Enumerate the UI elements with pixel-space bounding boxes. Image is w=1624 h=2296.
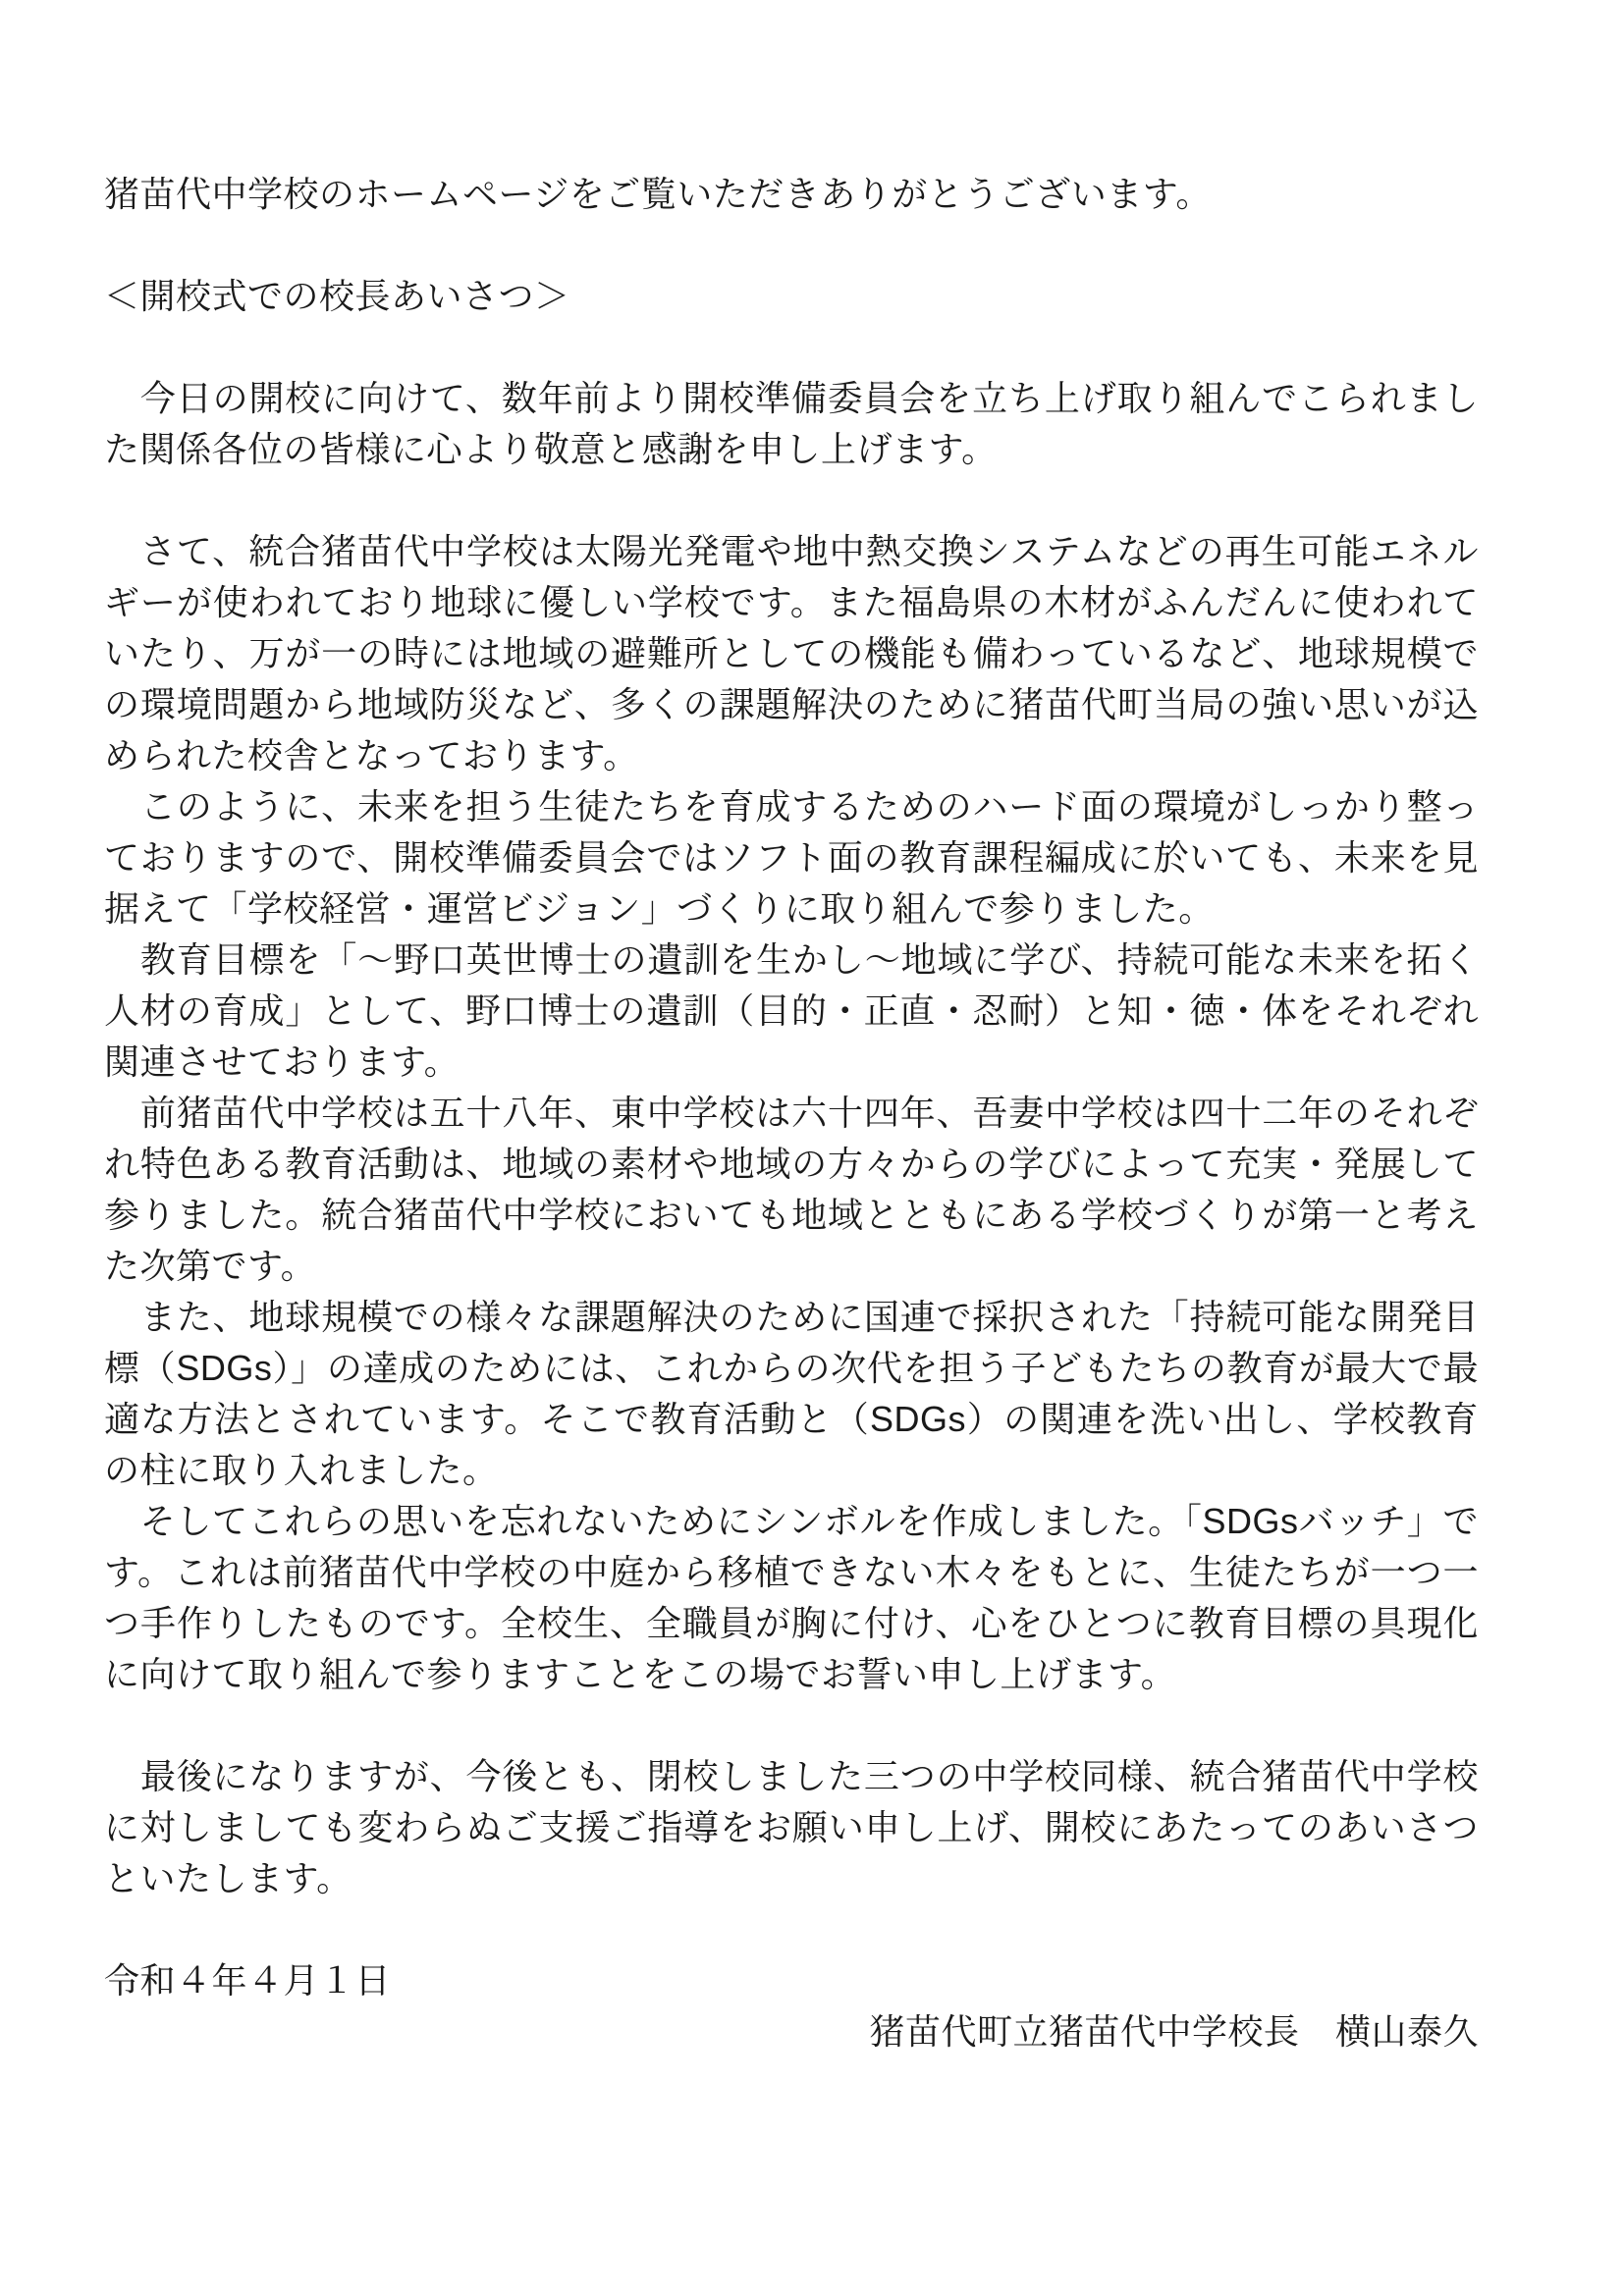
body-paragraph: 教育目標を「～野口英世博士の遺訓を生かし～地域に学び、持続可能な未来を拓く人材の… xyxy=(104,934,1479,1088)
body-paragraph: 前猪苗代中学校は五十八年、東中学校は六十四年、吾妻中学校は四十二年のそれぞれ特色… xyxy=(104,1088,1479,1292)
body-paragraph: また、地球規模での様々な課題解決のために国連で採択された「持続可能な開発目標（S… xyxy=(104,1292,1479,1496)
closing-paragraph: 最後になりますが、今後とも、閉校しました三つの中学校同様、統合猪苗代中学校に対し… xyxy=(104,1751,1479,1904)
body-paragraph: そしてこれらの思いを忘れないためにシンボルを作成しました。「SDGsバッチ」です… xyxy=(104,1496,1479,1700)
greeting-line: 猪苗代中学校のホームページをご覧いただきありがとうございます。 xyxy=(104,169,1479,220)
section-title: ＜開校式での校長あいさつ＞ xyxy=(104,271,1479,322)
date-line: 令和４年４月１日 xyxy=(104,1955,1479,2006)
document-page: 猪苗代中学校のホームページをご覧いただきありがとうございます。 ＜開校式での校長… xyxy=(0,0,1624,2296)
signature-line: 猪苗代町立猪苗代中学校長 横山泰久 xyxy=(104,2006,1479,2057)
body-paragraph: さて、統合猪苗代中学校は太陽光発電や地中熱交換システムなどの再生可能エネルギーが… xyxy=(104,526,1479,781)
opening-paragraph: 今日の開校に向けて、数年前より開校準備委員会を立ち上げ取り組んでこられました関係… xyxy=(104,373,1479,475)
principal-greeting-document: 猪苗代中学校のホームページをご覧いただきありがとうございます。 ＜開校式での校長… xyxy=(104,169,1479,2057)
body-paragraph: このように、未来を担う生徒たちを育成するためのハード面の環境がしっかり整っており… xyxy=(104,781,1479,934)
